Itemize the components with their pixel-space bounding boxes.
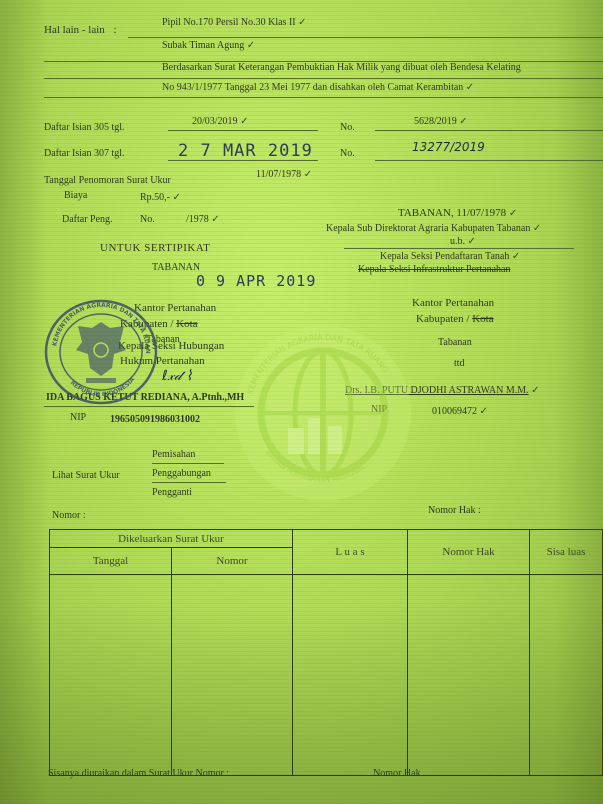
daftar-isian-307-no-label: No. <box>340 148 355 159</box>
title-text: Kepala Seksi Pendaftaran Tanah <box>380 251 509 262</box>
divider <box>168 130 318 131</box>
check-icon: ✓ <box>211 214 219 225</box>
left-nip-label: NIP <box>70 412 86 423</box>
left-signature: ℓ𝓍𝒹 ⌇ <box>162 368 193 384</box>
footer-line: Sisanya diuraikan dalam Surat Ukur Nomor… <box>48 768 491 779</box>
right-nip-value: 010069472 ✓ <box>432 406 488 417</box>
footer-dots: ........................................… <box>232 768 367 779</box>
daftar-isian-307-no: 13277/2019 <box>412 140 485 154</box>
footer-text: Sisanya diuraikan dalam Surat Ukur Nomor… <box>48 768 229 779</box>
value-text: 11/07/1978 <box>256 169 301 180</box>
divider <box>344 248 574 249</box>
divider <box>44 78 603 79</box>
garuda-stamp-icon: KEMENTERIAN AGRARIA DAN TATA RUANG REPUB… <box>42 298 160 406</box>
lihat-surat-ukur-label: Lihat Surat Ukur <box>52 470 120 481</box>
hal-lain-text: Hal lain - lain <box>44 24 105 36</box>
hal-lain-line-3: Berdasarkan Surat Keterangan Pembuktian … <box>162 62 521 73</box>
tanggal-penomoran-value: 11/07/1978 ✓ <box>256 169 312 180</box>
daftar-peng-value: /1978 ✓ <box>186 214 220 225</box>
cell-luas <box>293 575 408 776</box>
divider <box>44 406 254 407</box>
daftar-peng-no-label: No. <box>140 214 155 225</box>
check-icon: ✓ <box>298 17 306 28</box>
globe-logo-icon: KEMENTERIAN AGRARIA DAN TATA RUANG BADAN… <box>228 318 418 508</box>
hal-lain-line-2: Subak Timan Agung ✓ <box>162 40 255 51</box>
line-text: No 943/1/1977 Tanggal 23 Mei 1977 dan di… <box>162 82 463 93</box>
title-text: Kepala Sub Direktorat Agraria Kabupaten … <box>326 223 530 234</box>
check-icon: ✓ <box>468 236 476 247</box>
daftar-isian-305-no-label: No. <box>340 122 355 133</box>
no-text: 5628/2019 <box>414 116 457 127</box>
daftar-isian-305-label: Daftar Isian 305 tgl. <box>44 122 125 133</box>
right-office-1: Kantor Pertanahan <box>412 297 494 309</box>
hal-lain-line-1: Pipil No.170 Persil No.30 Klas II ✓ <box>162 17 307 28</box>
check-icon: ✓ <box>240 116 248 127</box>
right-place-date: TABANAN, 11/07/1978 ✓ <box>398 207 517 219</box>
right-ub: u.b. ✓ <box>450 236 476 247</box>
check-icon: ✓ <box>531 385 539 396</box>
place-date-text: TABANAN, 11/07/1978 <box>398 207 506 219</box>
check-icon: ✓ <box>512 251 520 262</box>
nomor-hak-label: Nomor Hak : <box>428 505 481 516</box>
option-penggabungan: Penggabungan <box>152 468 211 479</box>
header-tanggal: Tanggal <box>50 548 172 575</box>
check-icon: ✓ <box>466 82 474 93</box>
daftar-isian-305-no: 5628/2019 ✓ <box>414 116 468 127</box>
left-city: TABANAN <box>152 262 200 273</box>
check-icon: ✓ <box>480 406 488 417</box>
check-icon: ✓ <box>247 40 255 51</box>
office-struck: Kota <box>176 318 197 330</box>
right-title-1: Kepala Sub Direktorat Agraria Kabupaten … <box>326 223 541 234</box>
left-nip-value: 196505091986031002 <box>110 414 200 425</box>
divider <box>375 130 603 131</box>
hal-lain-label: Hal lain - lain : <box>44 24 117 36</box>
ub-text: u.b. <box>450 236 465 247</box>
daftar-isian-307-label: Daftar Isian 307 tgl. <box>44 148 125 159</box>
biaya-value: Rp.50,- ✓ <box>140 192 181 203</box>
header-luas: L u a s <box>293 530 408 575</box>
tanggal-penomoran-label: Tanggal Penomoran Surat Ukur <box>44 175 171 186</box>
footer-nomor-hak: Nomor Hak <box>373 768 421 779</box>
value-text: /1978 <box>186 214 209 225</box>
daftar-isian-307-date-stamp: 2 7 MAR 2019 <box>178 141 313 161</box>
nip-text: 010069472 <box>432 406 477 417</box>
footer-dots: ........................... <box>423 768 491 779</box>
check-icon: ✓ <box>173 192 181 203</box>
check-icon: ✓ <box>533 223 541 234</box>
colon: : <box>114 24 117 36</box>
line-text: Pipil No.170 Persil No.30 Klas II <box>162 17 296 28</box>
right-ttd: ttd <box>454 358 465 369</box>
right-title-2: Kepala Seksi Pendaftaran Tanah ✓ <box>380 251 520 262</box>
check-icon: ✓ <box>509 208 517 219</box>
nomor-label: Nomor : <box>52 510 86 521</box>
untuk-sertipikat: UNTUK SERTIPIKAT <box>100 242 210 254</box>
right-office-2: Kabupaten / Kota <box>416 313 494 325</box>
daftar-isian-305-date: 20/03/2019 ✓ <box>192 116 248 127</box>
divider <box>128 37 603 38</box>
cell-nomor-hak <box>408 575 530 776</box>
header-nomor: Nomor <box>172 548 293 575</box>
divider <box>44 97 603 98</box>
office-struck: Kota <box>472 313 493 325</box>
check-icon: ✓ <box>459 116 467 127</box>
option-pengganti: Pengganti <box>152 487 192 498</box>
cell-nomor <box>172 575 293 776</box>
divider <box>375 160 603 161</box>
cell-tanggal <box>50 575 172 776</box>
right-title-3-struck: Kepala Seksi Infrastruktur Pertanahan <box>358 264 510 275</box>
daftar-peng-label: Daftar Peng. <box>62 214 113 225</box>
option-pemisahan: Pemisahan <box>152 449 195 460</box>
right-office-3: Tabanan <box>438 337 472 348</box>
cell-sisa-luas <box>530 575 603 776</box>
check-icon: ✓ <box>304 169 312 180</box>
divider <box>152 482 226 483</box>
biaya-label: Biaya <box>64 190 87 201</box>
surat-ukur-table: Dikeluarkan Surat Ukur L u a s Nomor Hak… <box>49 529 603 776</box>
office-prefix: Kabupaten / <box>416 313 472 325</box>
divider <box>152 463 224 464</box>
left-date-stamp: 0 9 APR 2019 <box>196 272 316 290</box>
line-text: Subak Timan Agung <box>162 40 244 51</box>
date-text: 20/03/2019 <box>192 116 238 127</box>
header-nomor-hak: Nomor Hak <box>408 530 530 575</box>
header-dikeluarkan: Dikeluarkan Surat Ukur <box>50 530 293 548</box>
value-text: Rp.50,- <box>140 192 170 203</box>
divider <box>168 160 318 161</box>
hal-lain-line-4: No 943/1/1977 Tanggal 23 Mei 1977 dan di… <box>162 82 474 93</box>
header-sisa-luas: Sisa luas <box>530 530 603 575</box>
